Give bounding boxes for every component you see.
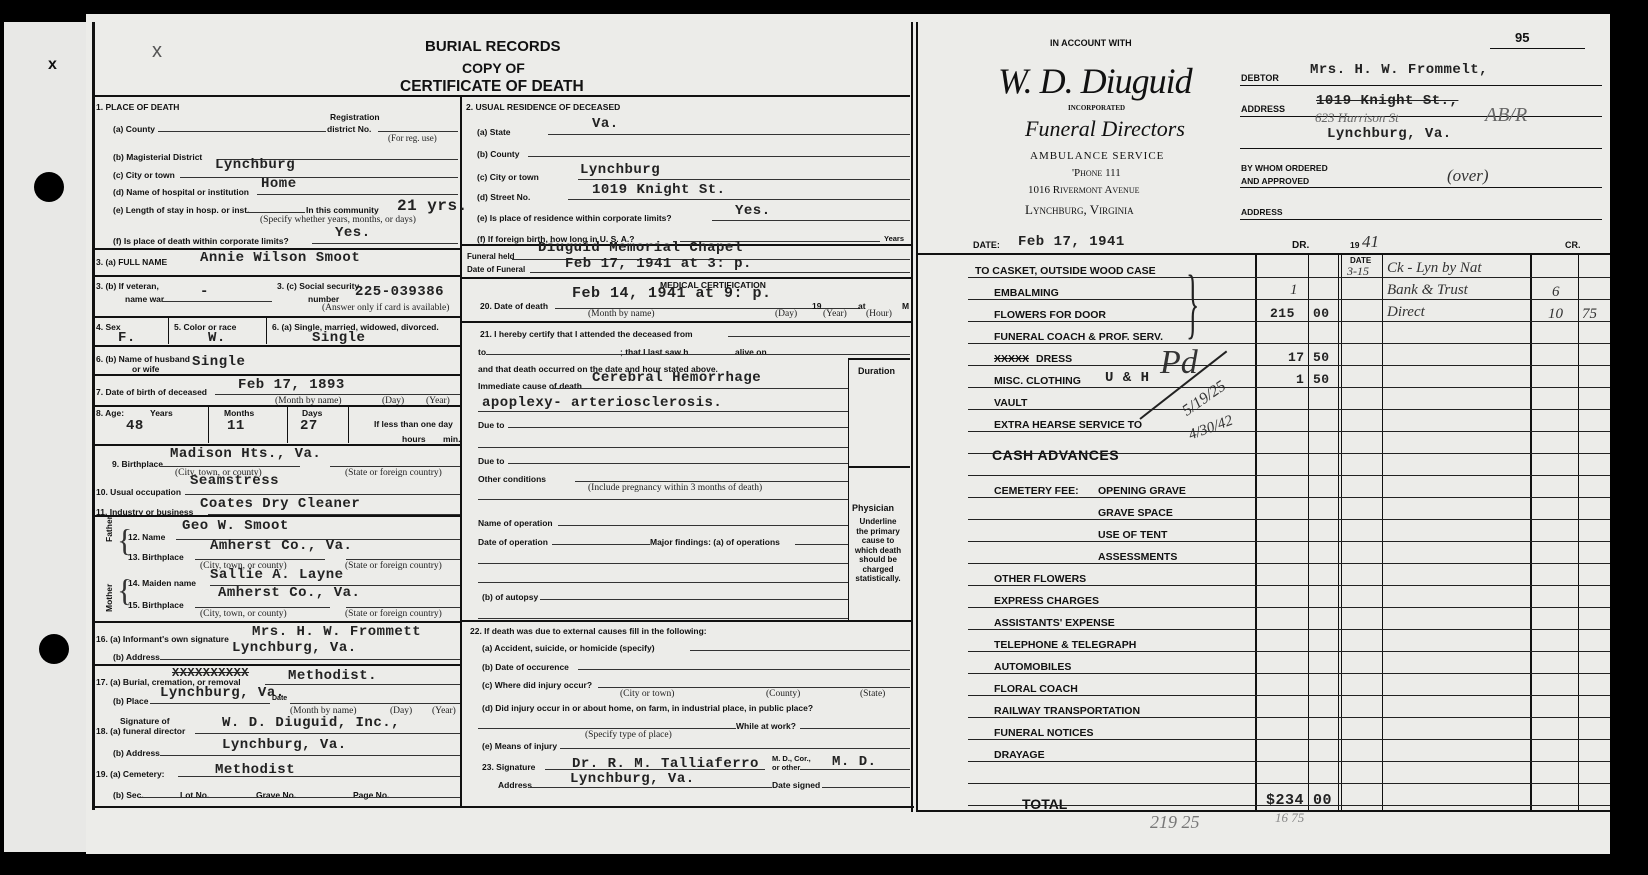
grave-label: Grave No. xyxy=(256,790,296,800)
item-extra-hearse: EXTRA HEARSE SERVICE TO xyxy=(994,419,1142,431)
underline-note-line: charged xyxy=(852,565,904,575)
name-war-field[interactable] xyxy=(162,301,272,302)
min-label: min. xyxy=(443,434,460,444)
city-address: Lynchburg, Virginia xyxy=(1025,202,1134,218)
death-m-label: M xyxy=(902,301,909,311)
age-days-value: 27 xyxy=(300,418,318,434)
credit-amount: 6 xyxy=(1552,284,1560,301)
autopsy-field-2[interactable] xyxy=(478,618,848,619)
informant-address-value: Lynchburg, Va. xyxy=(232,640,357,656)
residence-county-label: (b) County xyxy=(477,149,520,159)
other-conditions-label: Other conditions xyxy=(478,474,546,484)
debtor-field[interactable] xyxy=(1240,85,1602,86)
section-divider-right xyxy=(916,22,918,812)
rule xyxy=(266,318,267,344)
title-copy-of: COPY OF xyxy=(462,60,525,76)
injury-county-note: (County) xyxy=(766,689,800,699)
birthplace-state-note: (State or foreign country) xyxy=(345,468,442,478)
while-at-work-label: While at work? xyxy=(736,721,796,731)
informant-address-field[interactable] xyxy=(160,659,460,660)
burial-date-label: Date xyxy=(272,695,287,702)
other-item: FUNERAL NOTICES xyxy=(994,727,1094,739)
left-border xyxy=(92,22,95,810)
credit-note: Ck - Lyn by Nat xyxy=(1387,260,1482,277)
funeral-date-value: Feb 17, 1941 at 3: p. xyxy=(565,256,752,272)
corporate-death-field[interactable] xyxy=(312,243,458,244)
death-month-note: (Month by name) xyxy=(588,309,655,319)
credit-amount: 10 xyxy=(1548,306,1563,323)
age-months-label: Months xyxy=(224,408,254,418)
director-address-field[interactable] xyxy=(160,755,460,756)
rule xyxy=(94,621,460,623)
rule xyxy=(287,407,288,443)
sex-value: F. xyxy=(118,330,136,346)
item-misc-dollars: 1 xyxy=(1296,372,1304,387)
less-than-day-label: If less than one day xyxy=(374,419,453,429)
underline-note-line: the primary xyxy=(852,527,904,537)
address-initials: AB/R xyxy=(1485,104,1527,127)
ledger-col-date xyxy=(1382,255,1383,810)
year-prefix: 19 xyxy=(1350,240,1359,250)
father-birthplace-city-field[interactable] xyxy=(195,559,325,560)
other-item: EXPRESS CHARGES xyxy=(994,595,1099,607)
item-dress-cents: 50 xyxy=(1313,350,1330,365)
residence-street-value: 1019 Knight St. xyxy=(592,182,726,198)
birthplace-city-field[interactable] xyxy=(160,466,300,467)
burial-place-value: Lynchburg, Va. xyxy=(160,685,285,701)
rule xyxy=(94,374,460,376)
while-at-work-field[interactable] xyxy=(800,728,910,729)
other-item: OTHER FLOWERS xyxy=(994,573,1086,585)
father-state-note: (State or foreign country) xyxy=(345,561,442,571)
district-field[interactable] xyxy=(378,131,458,132)
spouse-label-2: or wife xyxy=(132,364,159,374)
residence-city-field[interactable] xyxy=(578,179,910,180)
item-flowers-cents: 00 xyxy=(1313,306,1330,321)
pregnancy-note: (Include pregnancy within 3 months of de… xyxy=(588,483,762,493)
to-label: to xyxy=(478,347,486,357)
community-value: 21 yrs. xyxy=(397,197,468,215)
spouse-value: Single xyxy=(192,354,245,370)
cause-value: Cerebral Hemorrhage xyxy=(592,370,761,386)
birth-date-label: 7. Date of birth of deceased xyxy=(96,387,207,397)
accident-field[interactable] xyxy=(690,650,910,651)
rule xyxy=(208,407,209,443)
punch-hole-bottom xyxy=(39,634,69,664)
ledger-col-qty xyxy=(1255,255,1257,810)
address-field[interactable] xyxy=(1240,116,1602,117)
sex-label: 4. Sex xyxy=(96,322,121,332)
mother-city-note: (City, town, or county) xyxy=(200,609,287,619)
ledger-col-cr-cents xyxy=(1578,255,1579,810)
informant-value: Mrs. H. W. Frommett xyxy=(252,624,421,640)
rule xyxy=(462,277,911,279)
credit-cents: 75 xyxy=(1582,306,1597,323)
underline-note-line: cause to xyxy=(852,536,904,546)
ledger-col-cr xyxy=(1530,255,1532,810)
findings-field[interactable] xyxy=(795,544,848,545)
rule xyxy=(918,253,1610,255)
operation-label: Name of operation xyxy=(478,518,553,528)
date-label: DATE: xyxy=(973,240,1000,250)
rule xyxy=(94,316,460,318)
underline-note-line: statistically. xyxy=(852,574,904,584)
funeral-date-label: Date of Funeral xyxy=(467,265,525,274)
ledger-col-cents-2 xyxy=(1341,255,1342,810)
header-rule xyxy=(94,95,910,97)
dr-label: DR. xyxy=(1292,240,1309,251)
residence-corporate-value: Yes. xyxy=(735,203,771,219)
birthplace-state-field[interactable] xyxy=(330,466,460,467)
injury-where-field[interactable] xyxy=(598,687,910,688)
stay-label: (e) Length of stay in hosp. or inst. xyxy=(113,205,249,215)
bottom-border xyxy=(92,806,914,808)
occurence-date-label: (b) Date of occurence xyxy=(482,662,569,672)
cause-label: Immediate cause of death xyxy=(478,381,582,391)
sec-lot-grave-page-field[interactable] xyxy=(140,797,460,798)
foreign-years-label: Years xyxy=(884,234,904,243)
item-dress-dollars: 17 xyxy=(1288,350,1305,365)
ledger-col-dollars xyxy=(1308,255,1309,810)
cash-item: USE OF TENT xyxy=(1098,529,1167,541)
signature-address-field[interactable] xyxy=(530,787,772,788)
city-of-death-value: Lynchburg xyxy=(215,157,295,173)
due-to-1-field[interactable] xyxy=(508,427,848,428)
race-label: 5. Color or race xyxy=(174,322,236,332)
findings-field-3[interactable] xyxy=(478,582,848,583)
rule xyxy=(94,345,460,347)
veteran-label: 3. (b) If veteran, xyxy=(96,281,159,291)
street-address: 1016 Rivermont Avenue xyxy=(1028,184,1140,196)
external-causes-heading: 22. If death was due to external causes … xyxy=(470,626,707,636)
cash-item: ASSESSMENTS xyxy=(1098,551,1177,563)
means-injury-field[interactable] xyxy=(560,748,910,749)
ledger-row-rules xyxy=(968,277,1610,278)
director-label-2: 18. (a) funeral director xyxy=(96,726,185,736)
operation-date-label: Date of operation xyxy=(478,537,548,547)
injury-state-note: (State) xyxy=(860,689,885,699)
means-injury-label: (e) Means of injury xyxy=(482,741,557,751)
other-item: ASSISTANTS' EXPENSE xyxy=(994,617,1115,629)
address-label: ADDRESS xyxy=(1241,104,1285,114)
rule xyxy=(168,318,169,344)
rule xyxy=(94,515,460,517)
burial-place-field[interactable] xyxy=(150,703,270,704)
father-birthplace-value: Amherst Co., Va. xyxy=(210,538,352,554)
mother-birthplace-city-field[interactable] xyxy=(195,607,330,608)
residence-state-label: (a) State xyxy=(477,127,511,137)
injury-place-field[interactable] xyxy=(478,728,736,729)
death-date-value: Feb 14, 1941 at 9: p. xyxy=(572,285,772,302)
mother-side-label: Mother xyxy=(104,584,114,612)
credit-note: Bank & Trust xyxy=(1387,282,1468,299)
item-misc-clothing: MISC. CLOTHING xyxy=(994,375,1081,387)
other-item: FLORAL COACH xyxy=(994,683,1078,695)
residence-state-field[interactable] xyxy=(548,134,910,135)
accident-label: (a) Accident, suicide, or homicide (spec… xyxy=(482,643,655,653)
occupation-field[interactable] xyxy=(185,494,460,495)
credit-note: Direct xyxy=(1387,304,1425,321)
title-certificate-of-death: CERTIFICATE OF DEATH xyxy=(400,78,584,96)
other-conditions-field-2[interactable] xyxy=(478,499,848,500)
hospital-label: (d) Name of hospital or institution xyxy=(113,187,249,197)
race-value: W. xyxy=(208,330,226,346)
duration-column-border xyxy=(848,358,849,620)
binder-margin xyxy=(4,22,86,852)
operation-field[interactable] xyxy=(558,525,848,526)
cause-field[interactable] xyxy=(552,388,848,389)
address-struck-value: 1019 Knight St., xyxy=(1316,93,1458,109)
city-label: (c) City or town xyxy=(113,170,175,180)
cash-item: OPENING GRAVE xyxy=(1098,485,1186,497)
certify-label: 21. I hereby certify that I attended the… xyxy=(480,329,693,339)
mother-name-value: Sallie A. Layne xyxy=(210,567,344,583)
md-label-1: M. D., Cor., xyxy=(772,754,811,763)
residence-state-value: Va. xyxy=(592,116,619,132)
city-field[interactable] xyxy=(180,177,458,178)
rule xyxy=(462,620,911,622)
rule xyxy=(1490,48,1585,49)
signature-address-value: Lynchburg, Va. xyxy=(570,771,695,787)
mother-birthplace-value: Amherst Co., Va. xyxy=(218,585,360,601)
signature-field[interactable] xyxy=(545,769,765,770)
mother-birthplace-label: 15. Birthplace xyxy=(128,600,184,610)
autopsy-field[interactable] xyxy=(540,599,848,600)
funeral-held-label: Funeral held xyxy=(467,252,515,261)
age-days-label: Days xyxy=(302,408,322,418)
death-hour-note: (Hour) xyxy=(866,309,892,319)
director-label-1: Signature of xyxy=(120,716,170,726)
rule xyxy=(94,405,460,407)
rule xyxy=(848,466,910,468)
burial-value: Methodist. xyxy=(288,668,377,684)
signature-label: 23. Signature xyxy=(482,762,535,772)
burial-place-label: (b) Place xyxy=(113,696,148,706)
father-name-value: Geo W. Smoot xyxy=(182,518,289,534)
death-year-note: (Year) xyxy=(823,309,847,319)
other-item: TELEPHONE & TELEGRAPH xyxy=(994,639,1136,651)
handwritten-total-2: 16 75 xyxy=(1275,810,1304,826)
item-flowers-door: FLOWERS FOR DOOR xyxy=(994,309,1106,321)
residence-street-field[interactable] xyxy=(568,199,910,200)
residence-corporate-field[interactable] xyxy=(712,220,910,221)
signature-address-label: Address xyxy=(498,780,532,790)
attended-to-field[interactable] xyxy=(486,354,910,355)
mother-name-label: 14. Maiden name xyxy=(128,578,196,588)
district-label: district No. xyxy=(327,124,371,134)
operation-date-field[interactable] xyxy=(552,544,650,545)
director-field[interactable] xyxy=(195,733,460,734)
address2-field[interactable] xyxy=(1240,219,1602,220)
spouse-label: 6. (b) Name of husband xyxy=(96,354,190,364)
father-birthplace-label: 13. Birthplace xyxy=(128,552,184,562)
specify-note: (Specify whether years, months, or days) xyxy=(260,215,416,225)
death-date-label: 20. Date of death xyxy=(480,301,548,311)
alive-label: alive on xyxy=(735,347,767,357)
item-misc-extra: U & H xyxy=(1105,370,1150,386)
due-to-2-label: Due to xyxy=(478,456,504,466)
page-label: Page No. xyxy=(353,790,389,800)
sec-label: (b) Sec. xyxy=(113,790,144,800)
findings-label: Major findings: (a) of operations xyxy=(650,537,780,547)
father-side-label: Father xyxy=(104,516,114,542)
injury-city-note: (City or town) xyxy=(620,689,674,699)
rule xyxy=(348,407,349,443)
veteran-value: - xyxy=(200,284,209,300)
corporate-death-label: (f) Is place of death within corporate l… xyxy=(113,236,289,246)
debtor-value: Mrs. H. W. Frommelt, xyxy=(1310,62,1488,78)
ss-label: 3. (c) Social security xyxy=(277,281,359,291)
item-dress-struck: XXXXX xyxy=(994,353,1029,365)
burial-field[interactable] xyxy=(265,684,460,685)
item-vault: VAULT xyxy=(994,397,1027,409)
rule xyxy=(94,275,460,277)
ordered-label-2: AND APPROVED xyxy=(1241,176,1309,186)
cemetery-field[interactable] xyxy=(178,776,460,777)
age-label: 8. Age: xyxy=(96,408,124,418)
date-value: Feb 17, 1941 xyxy=(1018,234,1125,250)
cash-advances-heading: CASH ADVANCES xyxy=(992,447,1119,463)
lot-label: Lot No. xyxy=(180,790,209,800)
birth-date-field[interactable] xyxy=(215,394,460,395)
stay-field[interactable] xyxy=(245,212,305,213)
item-casket: TO CASKET, OUTSIDE WOOD CASE xyxy=(975,265,1156,277)
death-at-label: at xyxy=(858,301,866,311)
section-divider-left xyxy=(911,22,913,812)
name-war-label: name war xyxy=(125,294,164,304)
residence-county-field[interactable] xyxy=(528,156,910,157)
rule xyxy=(462,321,911,323)
date-signed-field[interactable] xyxy=(822,787,910,788)
punch-hole-top xyxy=(34,172,64,202)
address-handwritten: 623 Harrison St xyxy=(1315,110,1399,126)
ambulance-label: AMBULANCE SERVICE xyxy=(1030,150,1164,162)
burial-year-note: (Year) xyxy=(432,706,456,716)
year-handwritten: 41 xyxy=(1362,232,1379,252)
occurence-date-field[interactable] xyxy=(578,669,910,670)
director-address-value: Lynchburg, Va. xyxy=(222,737,347,753)
other-item: DRAYAGE xyxy=(994,749,1045,761)
due-to-2-field[interactable] xyxy=(508,463,848,464)
community-label: In this community xyxy=(306,205,379,215)
registration-label: Registration xyxy=(330,112,380,122)
underline-note: Underline the primary cause to which dea… xyxy=(852,517,904,584)
handwritten-total-1: 219 25 xyxy=(1150,812,1200,833)
attended-from-field[interactable] xyxy=(728,336,910,337)
residence-street-label: (d) Street No. xyxy=(477,192,530,202)
marital-value: Single xyxy=(312,330,365,346)
total-cents: 00 xyxy=(1313,792,1332,809)
injury-where-label: (c) Where did injury occur? xyxy=(482,680,592,690)
father-birthplace-state-field[interactable] xyxy=(346,559,460,560)
father-name-label: 12. Name xyxy=(128,532,165,542)
other-item: RAILWAY TRANSPORTATION xyxy=(994,705,1140,717)
funeral-date-field[interactable] xyxy=(530,272,910,273)
occupation-value: Seamstress xyxy=(190,473,279,489)
due-to-1-label: Due to xyxy=(478,420,504,430)
cemetery-fee-label: CEMETERY FEE: xyxy=(994,485,1079,497)
rule xyxy=(918,810,1610,812)
injury-home-label: (d) Did injury occur in or about home, o… xyxy=(482,703,813,713)
mother-birthplace-state-field[interactable] xyxy=(346,607,460,608)
death-day-note: (Day) xyxy=(775,309,797,319)
in-account-label: IN ACCOUNT WITH xyxy=(1050,38,1132,48)
magisterial-label: (b) Magisterial District xyxy=(113,152,202,162)
age-years-label: Years xyxy=(150,408,173,418)
county-label: (a) County xyxy=(113,124,155,134)
place-of-death-heading: 1. PLACE OF DEATH xyxy=(96,102,179,112)
cash-item: GRAVE SPACE xyxy=(1098,507,1173,519)
item-dress: DRESS xyxy=(1036,353,1072,365)
ss-number-value: 225-039386 xyxy=(355,284,444,300)
director-address-label: (b) Address xyxy=(113,748,160,758)
informant-label: 16. (a) Informant's own signature xyxy=(96,634,229,644)
funeral-directors-label: Funeral Directors xyxy=(1025,116,1185,142)
other-conditions-field[interactable] xyxy=(575,481,848,482)
place-type-note: (Specify type of place) xyxy=(585,730,672,740)
ordered-label-1: BY WHOM ORDERED xyxy=(1241,163,1328,173)
mother-state-note: (State or foreign country) xyxy=(345,609,442,619)
birth-date-value: Feb 17, 1893 xyxy=(238,377,345,393)
total-dollars: $234 xyxy=(1266,792,1304,809)
other-item: AUTOMOBILES xyxy=(994,661,1071,673)
md-value: M. D. xyxy=(832,754,877,770)
ordered-value: (over) xyxy=(1447,166,1489,186)
md-label-2: or other xyxy=(772,763,800,772)
birthplace-value: Madison Hts., Va. xyxy=(170,446,321,462)
full-name-value: Annie Wilson Smoot xyxy=(200,250,360,266)
reg-use-note: (For reg. use) xyxy=(388,133,437,143)
item-embalming: EMBALMING xyxy=(994,287,1059,299)
address-city-field[interactable] xyxy=(1240,148,1602,149)
item-embalming-qty: 1 xyxy=(1290,282,1298,299)
company-name: W. D. Diuguid xyxy=(998,60,1192,102)
duration-label: Duration xyxy=(858,366,895,376)
item-misc-cents: 50 xyxy=(1313,372,1330,387)
residence-city-label: (c) City or town xyxy=(477,172,539,182)
county-field[interactable] xyxy=(158,131,326,132)
address-city-value: Lynchburg, Va. xyxy=(1327,126,1452,142)
debtor-label: DEBTOR xyxy=(1241,73,1279,83)
address2-label: ADDRESS xyxy=(1241,207,1283,217)
physician-label: Physician xyxy=(852,503,894,513)
funeral-held-value: Diuguid Memorial Chapel xyxy=(538,240,743,256)
informant-address-label: (b) Address xyxy=(113,652,160,662)
ledger-col-cents xyxy=(1338,255,1339,810)
corner-x-mark: x xyxy=(152,40,162,63)
margin-mark: x xyxy=(48,56,57,74)
death-19-label: 19 xyxy=(812,301,821,311)
findings-field-2[interactable] xyxy=(478,563,848,564)
item-flowers-dollars: 215 xyxy=(1270,306,1295,321)
rule xyxy=(848,358,910,360)
phone-label: 'Phone 111 xyxy=(1072,167,1121,179)
md-field[interactable] xyxy=(800,769,910,770)
ordered-field[interactable] xyxy=(1240,187,1602,188)
due-to-1-field-2[interactable] xyxy=(478,447,848,448)
age-months-value: 11 xyxy=(227,418,245,434)
burial-date-field[interactable] xyxy=(290,703,460,704)
residence-corporate-label: (e) Is place of residence within corpora… xyxy=(477,213,672,223)
title-burial-records: BURIAL RECORDS xyxy=(425,38,561,55)
industry-value: Coates Dry Cleaner xyxy=(200,496,360,512)
cause-value-2: apoplexy- arteriosclerosis. xyxy=(482,395,722,411)
hospital-field[interactable] xyxy=(257,194,458,195)
full-name-label: 3. (a) FULL NAME xyxy=(96,257,167,267)
corporate-death-value: Yes. xyxy=(335,225,371,241)
cause-field-2[interactable] xyxy=(478,411,848,412)
rule xyxy=(94,664,460,666)
